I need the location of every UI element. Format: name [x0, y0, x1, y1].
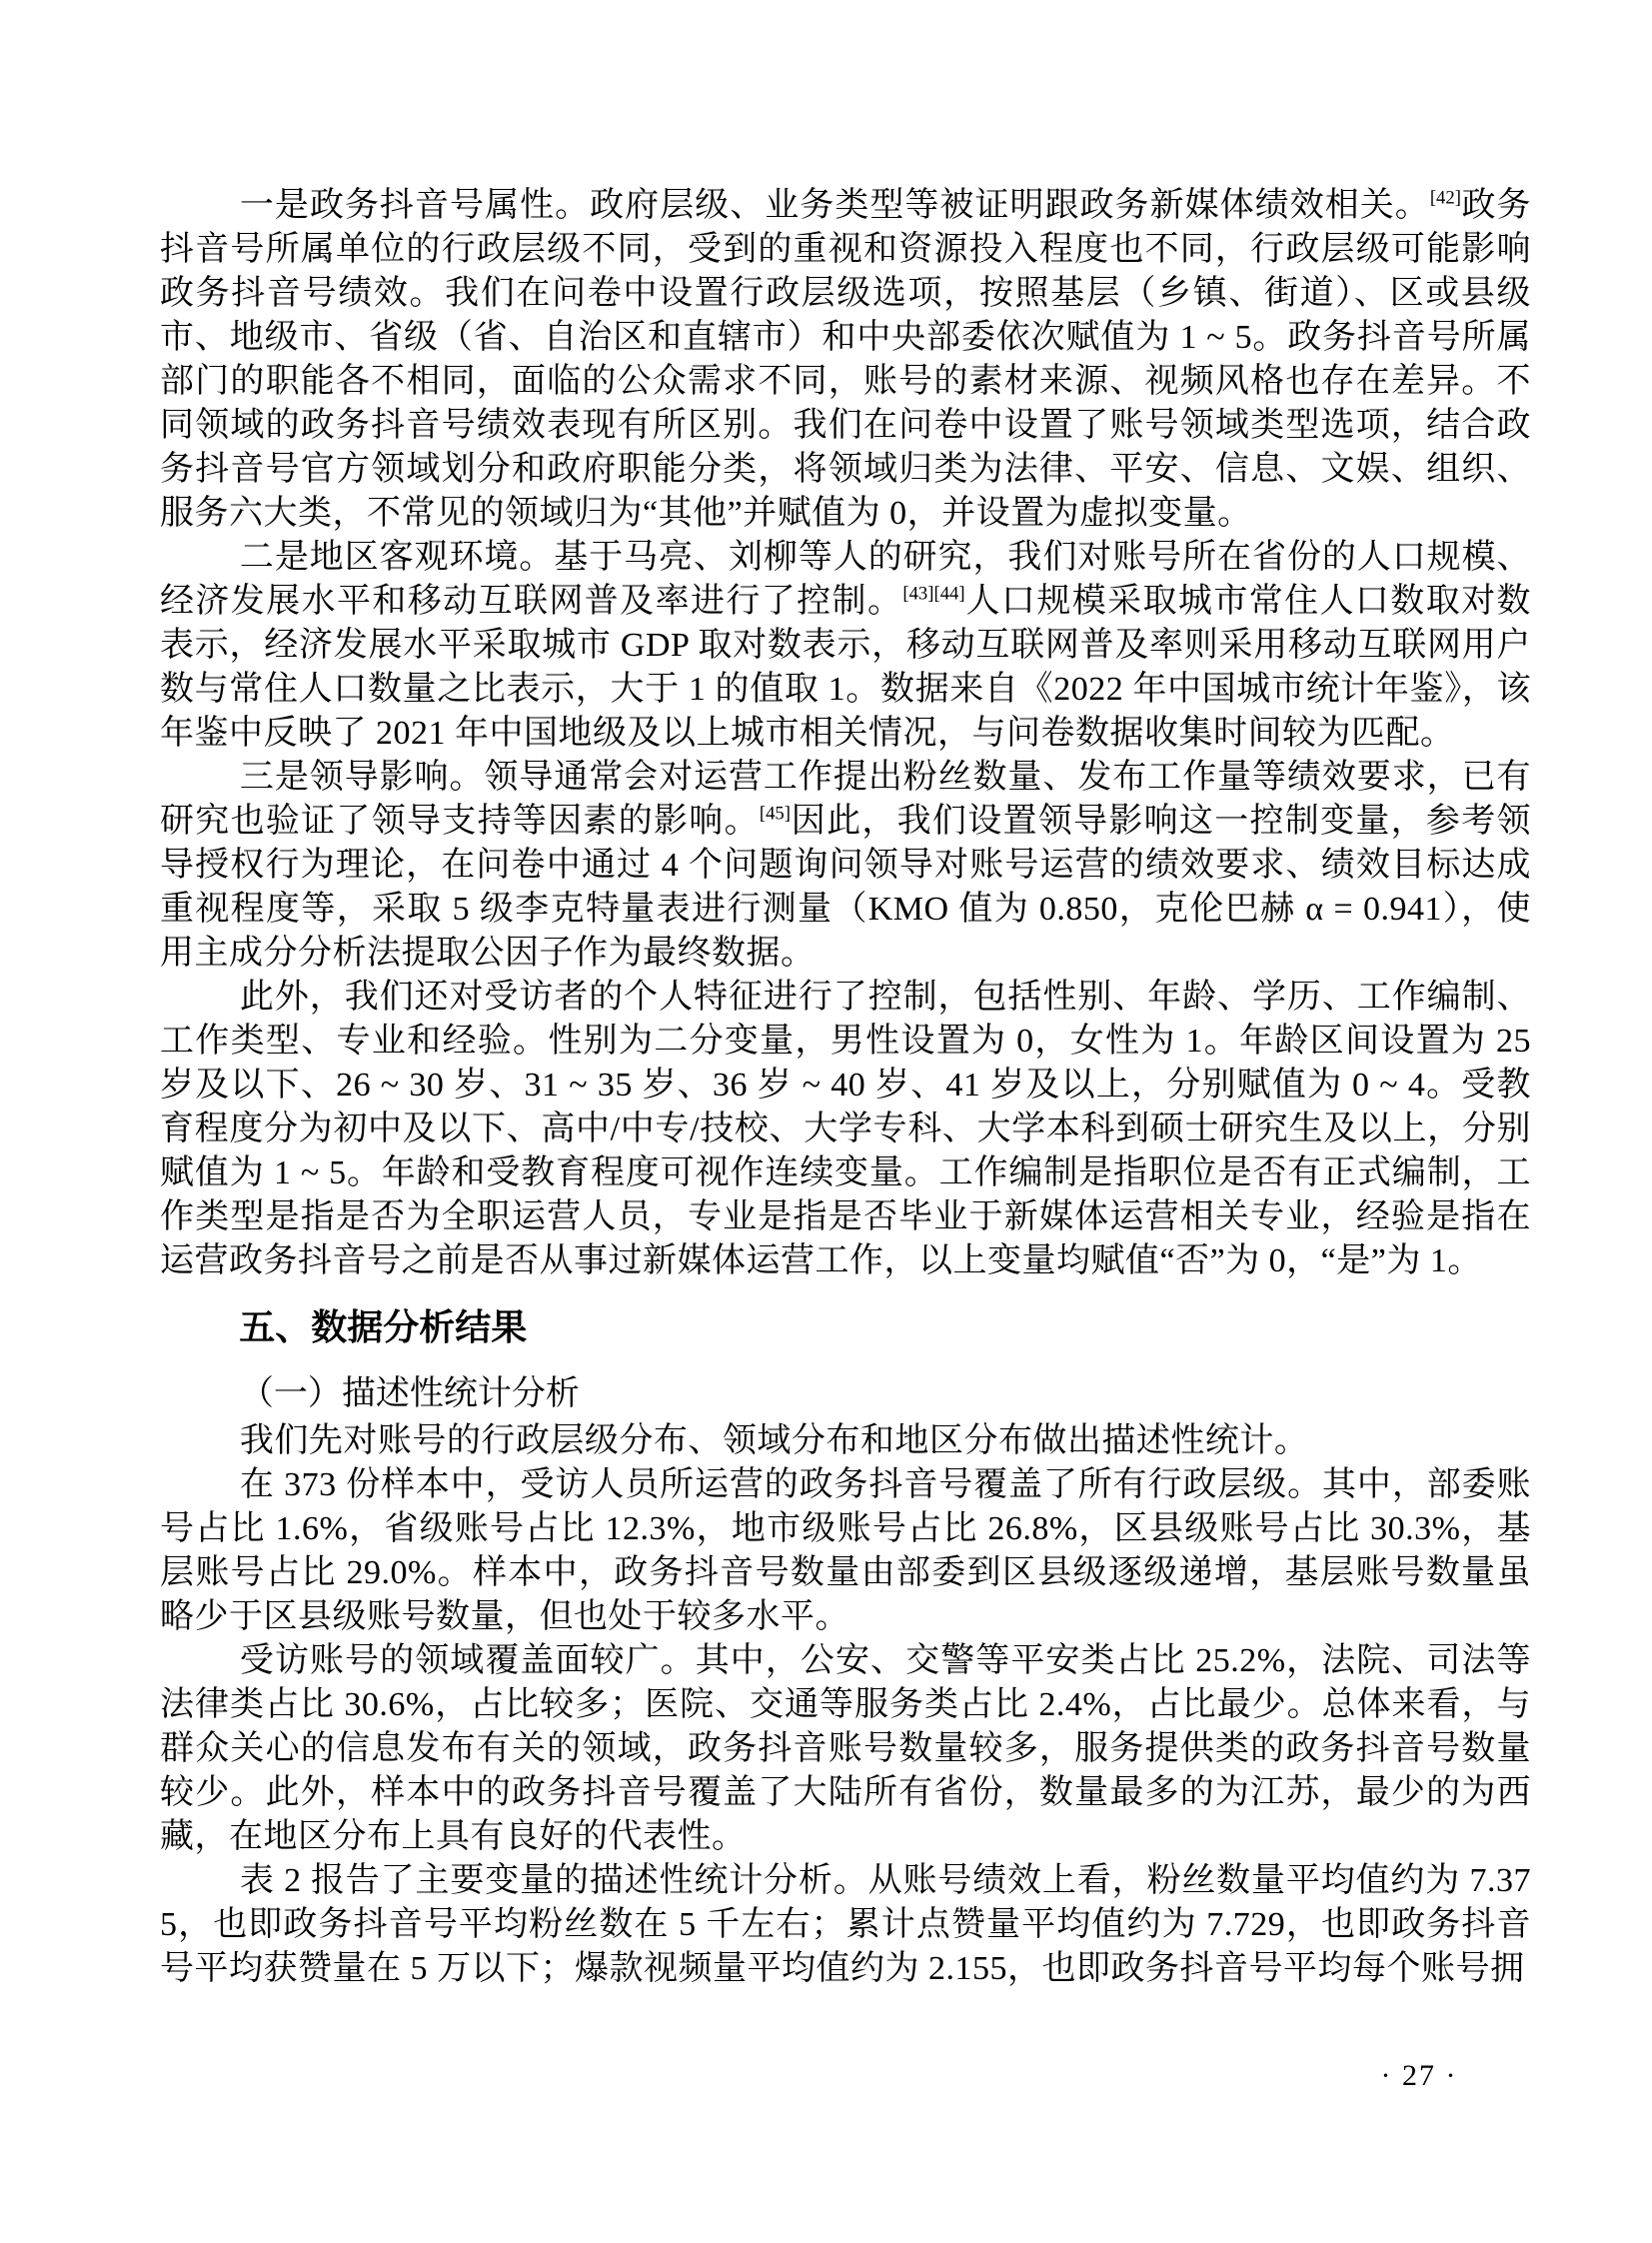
article-body: 一是政务抖音号属性。政府层级、业务类型等被证明跟政务新媒体绩效相关。[42]政务…: [160, 184, 1531, 1991]
paragraph-personal-characteristics: 此外，我们还对受访者的个人特征进行了控制，包括性别、年龄、学历、工作编制、工作类…: [160, 976, 1531, 1283]
paragraph-domain-coverage: 受访账号的领域覆盖面较广。其中，公安、交警等平安类占比 25.2%，法院、司法等…: [160, 1639, 1531, 1859]
paragraph-regional-environment: 二是地区客观环境。基于马亮、刘柳等人的研究，我们对账号所在省份的人口规模、经济发…: [160, 536, 1531, 756]
citation-ref-43-44: [43][44]: [902, 584, 964, 605]
paragraph-descriptive-intro: 我们先对账号的行政层级分布、领域分布和地区分布做出描述性统计。: [160, 1419, 1531, 1463]
paragraph-text: 此外，我们还对受访者的个人特征进行了控制，包括性别、年龄、学历、工作编制、工作类…: [160, 979, 1531, 1279]
paragraph-text: 一是政务抖音号属性。政府层级、业务类型等被证明跟政务新媒体绩效相关。: [240, 187, 1430, 224]
paragraph-leadership-influence: 三是领导影响。领导通常会对运营工作提出粉丝数量、发布工作量等绩效要求，已有研究也…: [160, 756, 1531, 976]
section-heading-data-analysis: 五、数据分析结果: [160, 1305, 1531, 1349]
page-number: · 27 ·: [1369, 2057, 1469, 2095]
paragraph-text: 政务抖音号所属单位的行政层级不同，受到的重视和资源投入程度也不同，行政层级可能影…: [160, 187, 1531, 532]
paragraph-sample-levels: 在 373 份样本中，受访人员所运营的政务抖音号覆盖了所有行政层级。其中，部委账…: [160, 1463, 1531, 1639]
citation-ref-42: [42]: [1430, 188, 1461, 209]
subsection-heading-descriptive-stats: （一）描述性统计分析: [160, 1371, 1531, 1417]
citation-ref-45: [45]: [760, 804, 791, 825]
document-page: 一是政务抖音号属性。政府层级、业务类型等被证明跟政务新媒体绩效相关。[42]政务…: [0, 0, 1652, 2243]
paragraph-account-attributes: 一是政务抖音号属性。政府层级、业务类型等被证明跟政务新媒体绩效相关。[42]政务…: [160, 184, 1531, 536]
paragraph-table2-stats: 表 2 报告了主要变量的描述性统计分析。从账号绩效上看，粉丝数量平均值约为 7.…: [160, 1859, 1531, 1991]
